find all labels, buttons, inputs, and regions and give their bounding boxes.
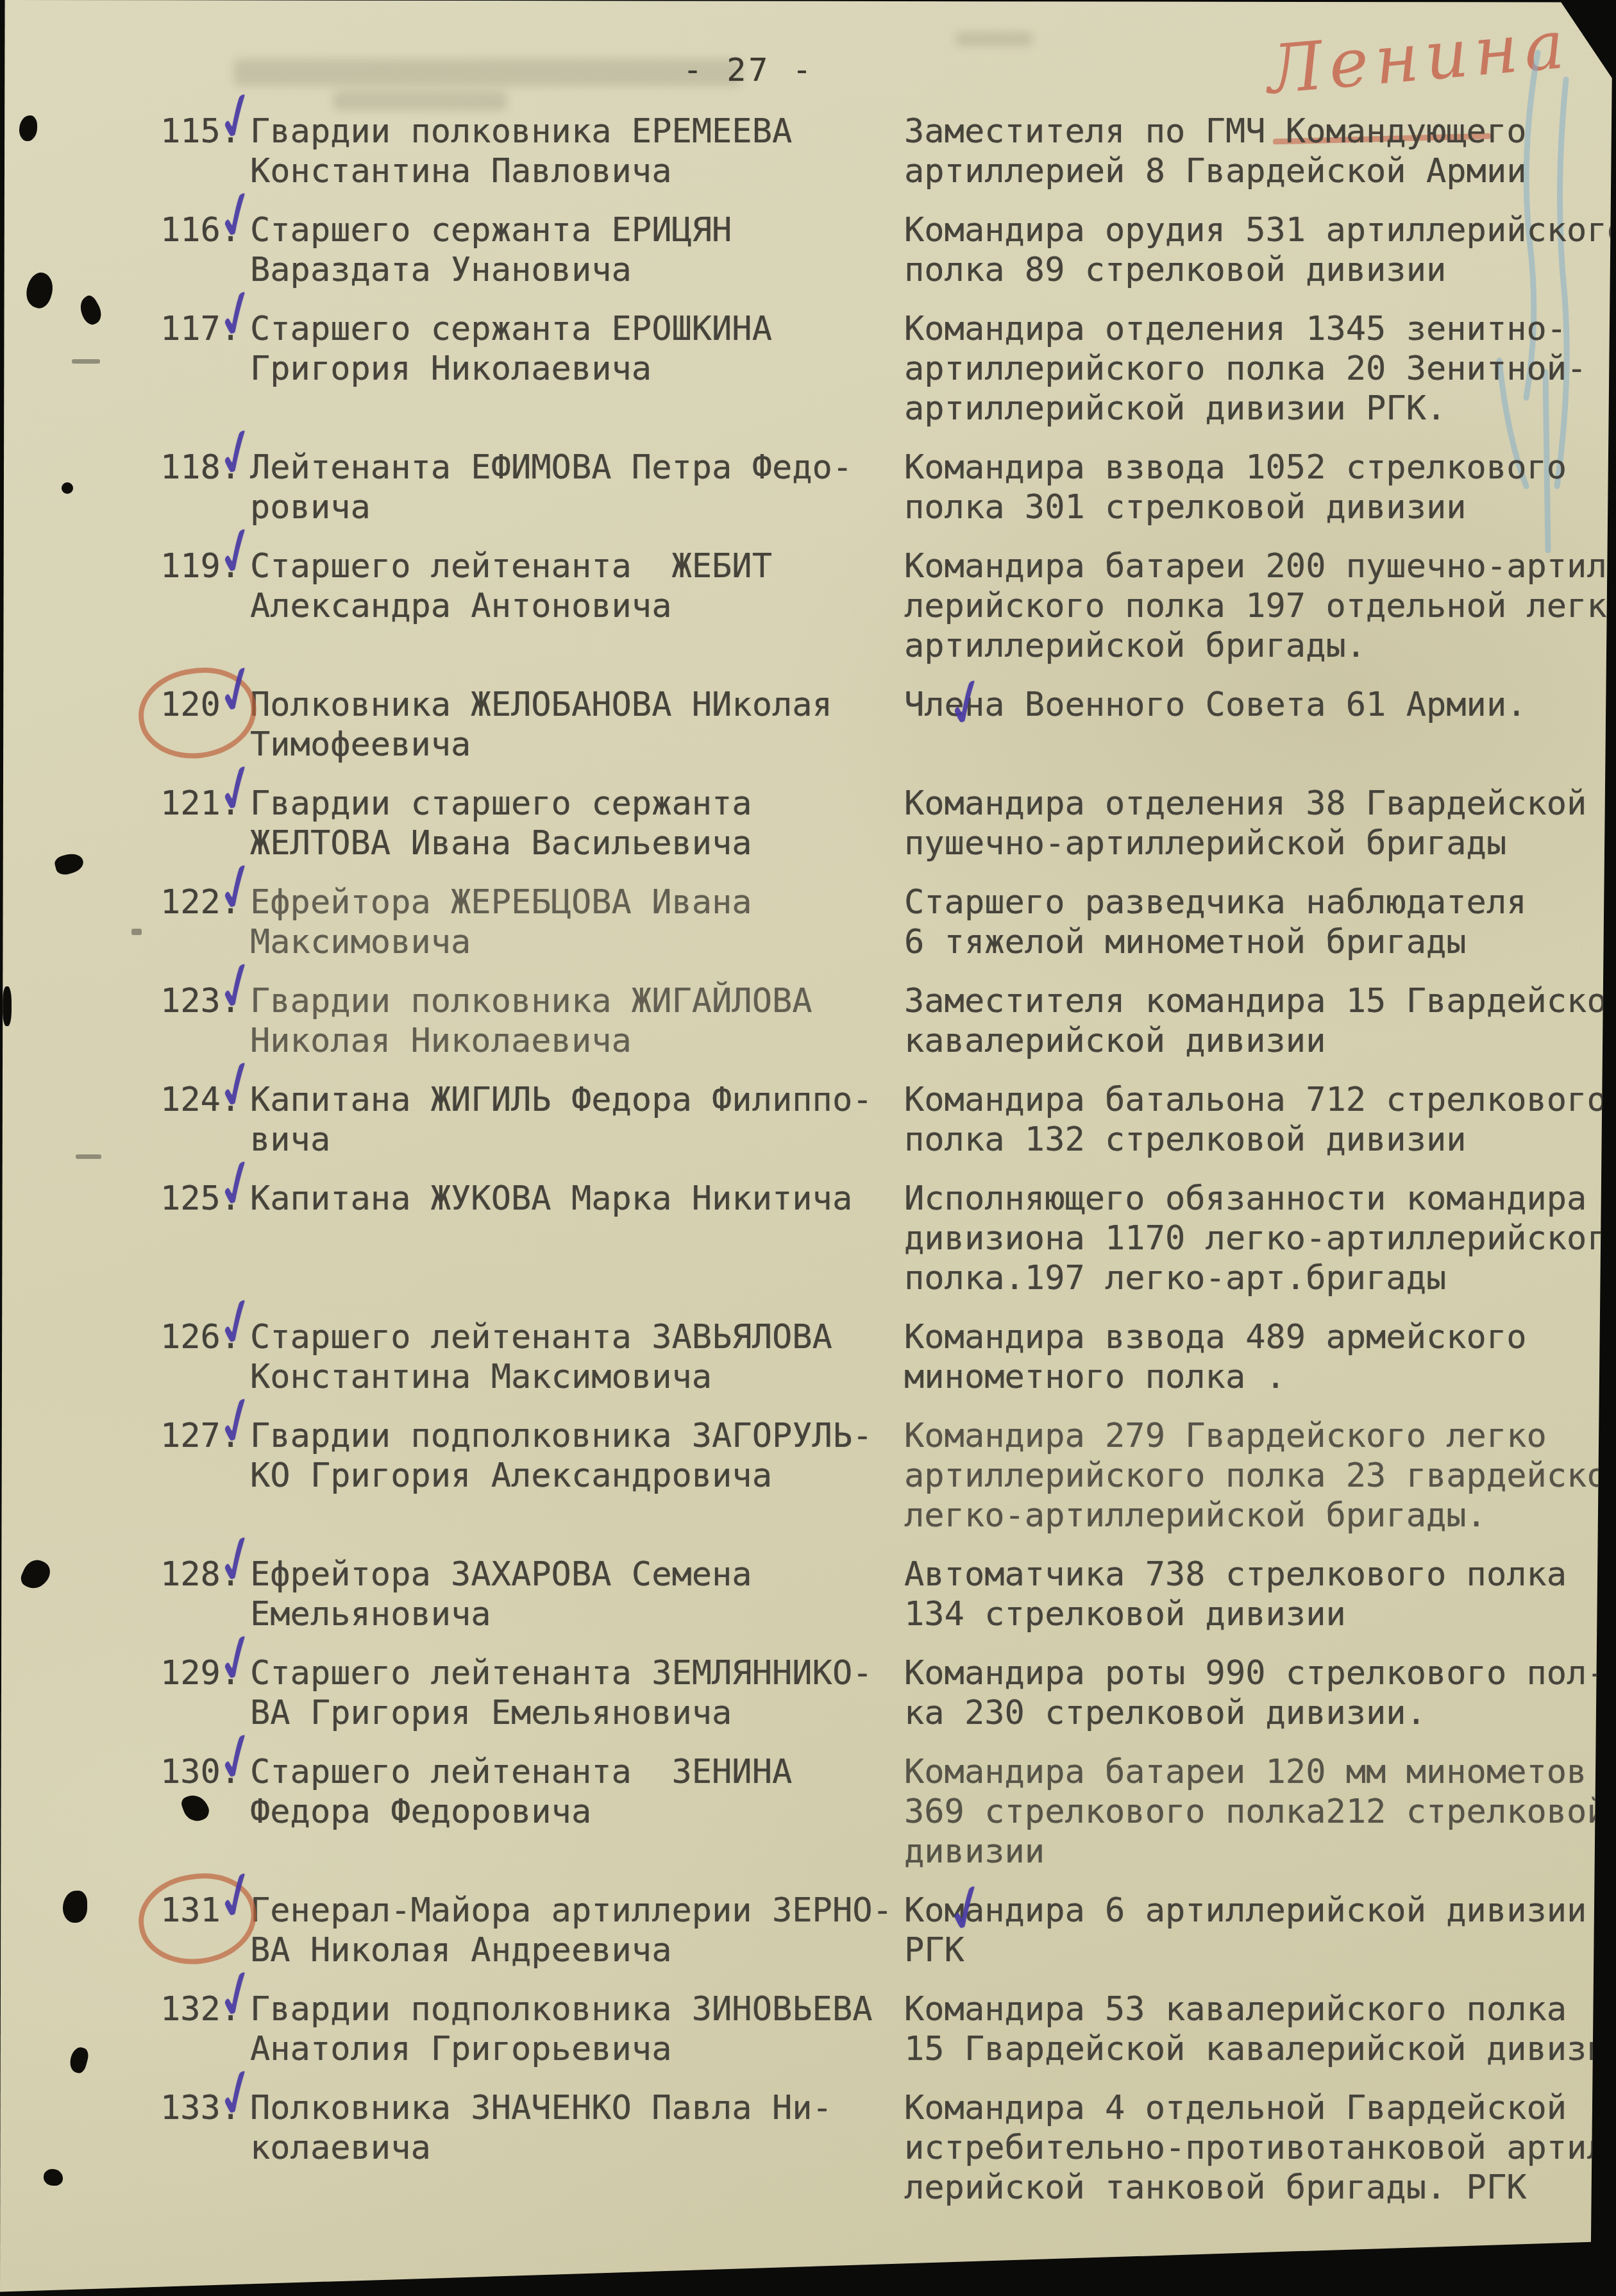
paper-hole [44, 2169, 63, 2186]
recipient-name: Капитана ЖУКОВА Марка Никитича [250, 1179, 904, 1298]
position-title: Члена Военного Совета 61 Армии. [904, 685, 1597, 764]
paper-hole [75, 293, 106, 327]
list-item: 117. ✓ Старшего сержанта ЕРОШКИНА Григор… [160, 309, 1597, 428]
recipient-name: Гвардии подполковника ЗИНОВЬЕВА Анатолия… [250, 1989, 904, 2069]
list-item: 127. ✓ Гвардии подполковника ЗАГОРУЛЬ- К… [160, 1416, 1597, 1535]
position-title: Командира 53 кавалерийского полка 15 Гва… [904, 1989, 1616, 2069]
recipient-name: Старшего лейтенанта ЗЕМЛЯННИКО- ВА Григо… [250, 1653, 904, 1733]
recipient-name: Старшего сержанта ЕРИЦЯН Вараздата Унано… [250, 210, 904, 290]
recipient-name: Генерал-Майора артиллерии ЗЕРНО- ВА Нико… [250, 1891, 904, 1970]
list-item: 120 ✓ Полковника ЖЕЛОБАНОВА НИколая Тимо… [160, 685, 1597, 764]
list-item: 125. ✓ Капитана ЖУКОВА Марка Никитича Ис… [160, 1179, 1597, 1298]
paper-hole [62, 482, 73, 494]
paper-hole [63, 1891, 87, 1923]
list-item: 128. ✓ Ефрейтора ЗАХАРОВА Семена Емельян… [160, 1555, 1597, 1634]
recipient-name: Гвардии полковника ЕРЕМЕЕВА Константина … [250, 112, 904, 191]
list-item: 126. ✓ Старшего лейтенанта ЗАВЬЯЛОВА Кон… [160, 1317, 1597, 1397]
paper-hole [18, 1556, 54, 1594]
list-item: 130. ✓ Старшего лейтенанта ЗЕНИНА Федора… [160, 1752, 1597, 1871]
position-title: Командира роты 990 стрелкового пол- ка 2… [904, 1653, 1607, 1733]
recipient-name: Гвардии подполковника ЗАГОРУЛЬ- КО Григо… [250, 1416, 904, 1535]
recipient-name: Старшего лейтенанта ЖЕБИТ Александра Ант… [250, 546, 904, 666]
paper-hole [19, 115, 37, 141]
position-title: Командира взвода 1052 стрелкового полка … [904, 448, 1597, 527]
position-title: Командира 4 отдельной Гвардейской истреб… [904, 2088, 1616, 2207]
recipient-name: Полковника ЗНАЧЕНКО Павла Ни- колаевича [250, 2088, 904, 2207]
recipient-name: Полковника ЖЕЛОБАНОВА НИколая Тимофеевич… [250, 685, 904, 764]
position-title: Командира 6 артиллерийской дивизии РГК [904, 1891, 1597, 1970]
paper-hole [67, 2045, 90, 2074]
entry-number-cell: 133. ✓ [160, 2088, 250, 2207]
margin-dash [76, 1154, 101, 1159]
list-item: 115. ✓ Гвардии полковника ЕРЕМЕЕВА Конст… [160, 112, 1597, 191]
position-title: Командира 279 Гвардейского легко артилле… [904, 1416, 1616, 1535]
list-item: 124. ✓ Капитана ЖИГИЛЬ Федора Филиппо- в… [160, 1080, 1597, 1160]
paper-hole [53, 851, 85, 877]
margin-dash [72, 359, 100, 364]
list-item: 122. ✓ Ефрейтора ЖЕРЕБЦОВА Ивана Максимо… [160, 882, 1597, 962]
recipient-name: Старшего лейтенанта ЗАВЬЯЛОВА Константин… [250, 1317, 904, 1397]
list-item: 133. ✓ Полковника ЗНАЧЕНКО Павла Ни- кол… [160, 2088, 1597, 2207]
list-item: 119. ✓ Старшего лейтенанта ЖЕБИТ Алексан… [160, 546, 1597, 666]
position-title: Командира отделения 1345 зенитно- артилл… [904, 309, 1597, 428]
position-title: Заместителя по ГМЧ Командующего артиллер… [904, 112, 1597, 191]
margin-dash [131, 929, 142, 935]
list-item: 123. ✓ Гвардии полковника ЖИГАЙЛОВА Нико… [160, 981, 1597, 1061]
position-title: Командира батареи 120 мм минометов 369 с… [904, 1752, 1607, 1871]
position-title: Автоматчика 738 стрелкового полка 134 ст… [904, 1555, 1597, 1634]
recipient-name: Ефрейтора ЖЕРЕБЦОВА Ивана Максимовича [250, 882, 904, 962]
paper-hole [22, 269, 58, 311]
list-item: 121. ✓ Гвардии старшего сержанта ЖЕЛТОВА… [160, 784, 1597, 863]
position-title: Командира орудия 531 артиллерийского пол… [904, 210, 1616, 290]
position-title: Командира отделения 38 Гвардейской пушеч… [904, 784, 1597, 863]
paper-hole [3, 986, 12, 1026]
recipient-name: Ефрейтора ЗАХАРОВА Семена Емельяновича [250, 1555, 904, 1634]
list-item: 131 ✓ Генерал-Майора артиллерии ЗЕРНО- В… [160, 1891, 1597, 1970]
list-item: 118. ✓ Лейтенанта ЕФИМОВА Петра Федо- ро… [160, 448, 1597, 527]
ghost-text-smudge [955, 32, 1032, 46]
position-title: Командира взвода 489 армейского минометн… [904, 1317, 1597, 1397]
recipient-name: Гвардии полковника ЖИГАЙЛОВА Николая Ник… [250, 981, 904, 1061]
list-item: 129. ✓ Старшего лейтенанта ЗЕМЛЯННИКО- В… [160, 1653, 1597, 1733]
position-title: Командира батареи 200 пушечно-артил- лер… [904, 546, 1616, 666]
position-title: Заместителя командира 15 Гвардейской кав… [904, 981, 1616, 1061]
list-item: 132. ✓ Гвардии подполковника ЗИНОВЬЕВА А… [160, 1989, 1597, 2069]
recipient-name: Гвардии старшего сержанта ЖЕЛТОВА Ивана … [250, 784, 904, 863]
document-page: Ленина - 27 - 115. ✓ Гвардии полковника … [0, 0, 1616, 2296]
recipient-name: Капитана ЖИГИЛЬ Федора Филиппо- вича [250, 1080, 904, 1160]
recipient-name: Лейтенанта ЕФИМОВА Петра Федо- ровича [250, 448, 904, 527]
position-title: Исполняющего обязанности командира дивиз… [904, 1179, 1616, 1298]
recipient-name: Старшего сержанта ЕРОШКИНА Григория Нико… [250, 309, 904, 428]
entries-list: 115. ✓ Гвардии полковника ЕРЕМЕЕВА Конст… [160, 112, 1597, 2207]
page-number: - 27 - [683, 51, 1597, 89]
recipient-name: Старшего лейтенанта ЗЕНИНА Федора Федоро… [250, 1752, 904, 1871]
position-title: Командира батальона 712 стрелкового полк… [904, 1080, 1607, 1160]
position-title: Старшего разведчика наблюдателя 6 тяжело… [904, 882, 1597, 962]
list-item: 116. ✓ Старшего сержанта ЕРИЦЯН Вараздат… [160, 210, 1597, 290]
